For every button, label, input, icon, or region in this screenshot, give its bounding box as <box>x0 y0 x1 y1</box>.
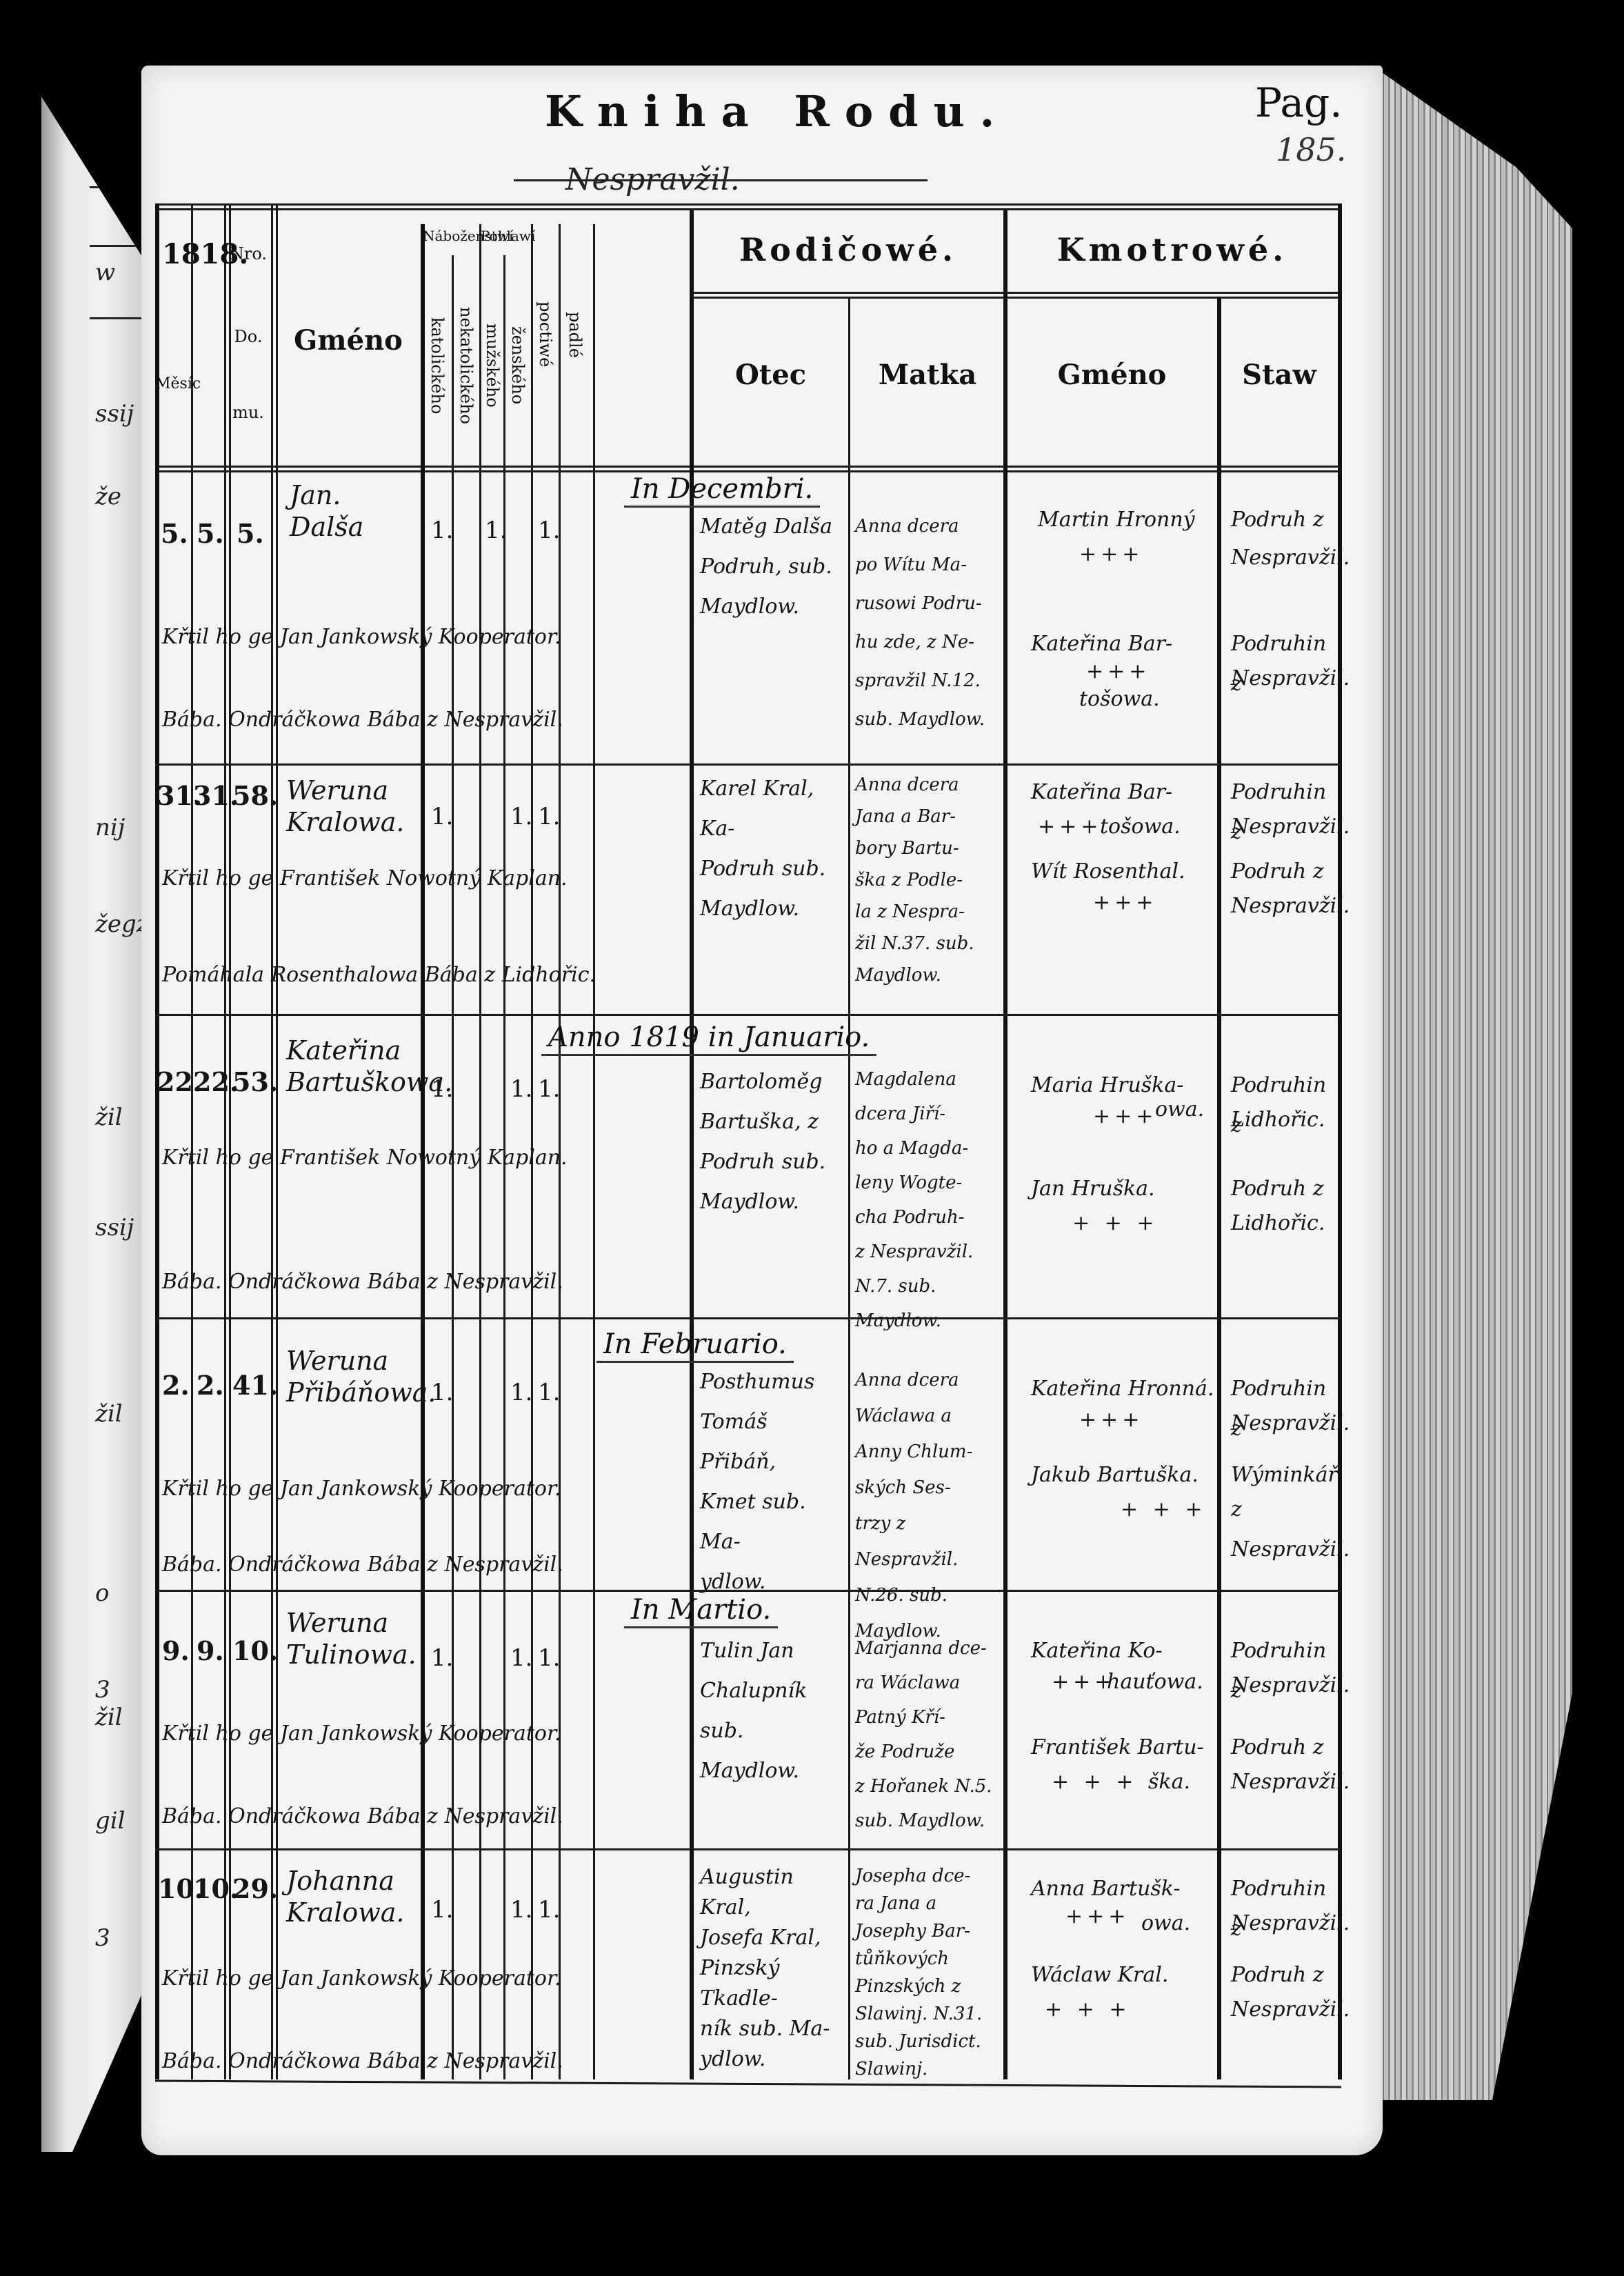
register-page: Kniha Rodu. Pag. 185. Nespravžil. 1818. … <box>141 66 1383 2155</box>
child-name: Kateřina <box>286 1035 401 1066</box>
ruled-line <box>90 186 145 188</box>
header-godparents: Kmotrowé. <box>1007 231 1338 268</box>
mother-line: Slawinj. N.31. <box>855 2000 1003 2028</box>
father-line: Augustin Kral, <box>700 1862 848 1923</box>
father-line: ník sub. Ma- <box>700 2014 848 2044</box>
book-title: Kniha Rodu. <box>545 86 1010 137</box>
godparent-1-status: Lidhořic. <box>1231 1100 1325 1140</box>
legitimate-mark: 1. <box>538 1372 560 1412</box>
house-number: 53. <box>232 1062 278 1102</box>
house-number: 41. <box>232 1366 278 1406</box>
male-mark: 1. <box>485 510 507 550</box>
header-godparent-status: Staw <box>1221 359 1338 391</box>
godparent-1-name-cont: owa. <box>1141 1904 1190 1944</box>
father-line: Tomáš Přibáň, <box>700 1402 848 1482</box>
godparent-2-marks: +++ <box>1093 883 1157 923</box>
father-line: Maydlow. <box>700 1182 848 1222</box>
month-heading: In Martio. <box>624 1593 778 1628</box>
margin-note: 3 <box>95 1924 110 1952</box>
mother-line: Magdalena <box>855 1062 1003 1097</box>
day-birth: 2. <box>162 1366 190 1406</box>
margin-note: žil <box>95 1400 123 1428</box>
mother-line: cha Podruh- <box>855 1200 1003 1235</box>
mother-line: z Nespravžil. <box>855 1235 1003 1269</box>
mother-cell: Anna dcera po Wítu Ma- rusowi Podru- hu … <box>855 507 1003 739</box>
father-cell: Tulin Jan Chalupník sub. Maydlow. <box>700 1631 848 1791</box>
female-mark: 1. <box>510 1638 532 1678</box>
godparent-2-name-cont: ška. <box>1148 1762 1190 1802</box>
father-line: Pinzský Tkadle- <box>700 1953 848 2014</box>
margin-note: ssij <box>95 400 134 428</box>
house-number: 10. <box>232 1631 278 1671</box>
father-cell: Matěg Dalša Podruh, sub. Maydlow. <box>700 507 848 627</box>
godparent-1-status: Nespravžil. <box>1231 1404 1350 1444</box>
header-parents: Rodičowé. <box>693 231 1003 268</box>
catholic-mark: 1. <box>431 1638 453 1678</box>
ruled-line <box>90 317 145 319</box>
child-surname: Přibáňowa. <box>286 1377 436 1408</box>
header-sex: Pohlawí <box>481 228 529 243</box>
mother-line: la z Nespra- <box>855 896 1003 928</box>
mother-line: po Wítu Ma- <box>855 546 1003 584</box>
catholic-mark: 1. <box>431 1069 453 1109</box>
father-line: Bartuška, z <box>700 1102 848 1142</box>
godparent-2-name-cont: tošowa. <box>1079 679 1160 719</box>
mother-line: Pinzských z <box>855 1973 1003 2000</box>
header-legitimate: poctiwé <box>536 266 555 403</box>
godparent-2-status: Nespravžil. <box>1231 886 1350 926</box>
entry-divider <box>155 1014 1341 1016</box>
mother-line: ra Jana a <box>855 1890 1003 1917</box>
header-house-do: Do. <box>228 328 269 346</box>
father-line: Tulin Jan <box>700 1631 848 1671</box>
father-line: Posthumus <box>700 1362 848 1402</box>
father-line: Bartoloměg <box>700 1062 848 1102</box>
margin-note: ssij <box>95 1214 134 1241</box>
mother-line: bory Bartu- <box>855 832 1003 864</box>
mother-line: ských Ses- <box>855 1470 1003 1506</box>
mother-line: Anna dcera <box>855 1362 1003 1398</box>
header-religion: Náboženstwí <box>423 228 478 243</box>
mother-line: Anna dcera <box>855 507 1003 546</box>
mother-line: že Podruže <box>855 1735 1003 1769</box>
register-entry: Anno 1819 in Januario. 22. 22. 53. Kateř… <box>155 1021 1341 1310</box>
register-table: 1818. Měsíc Nro. Do. mu. Gméno Náboženst… <box>155 203 1341 2079</box>
catholic-mark: 1. <box>431 1372 453 1412</box>
catholic-mark: 1. <box>431 1890 453 1930</box>
mother-cell: Marjanna dce- ra Wáclawa Patný Kří- že P… <box>855 1631 1003 1838</box>
godparent-1-status: Nespravžil. <box>1231 1666 1350 1706</box>
margin-note: žil <box>95 1104 123 1131</box>
mother-line: ra Wáclawa <box>855 1666 1003 1700</box>
page-number: 185. <box>1276 131 1346 168</box>
godparent-2-marks: + + + <box>1045 1990 1130 2030</box>
female-mark: 1. <box>510 1890 532 1930</box>
ruled-line <box>90 245 145 247</box>
header-mother: Matka <box>852 359 1003 391</box>
father-line: Matěg Dalša <box>700 507 848 547</box>
month-heading: In Decembri. <box>624 472 820 508</box>
father-line: Podruh sub. <box>700 1142 848 1182</box>
day-birth: 5. <box>161 514 188 554</box>
header-name: Gméno <box>276 324 421 357</box>
mother-line: leny Wogte- <box>855 1166 1003 1200</box>
mother-line: spravžil N.12. <box>855 661 1003 700</box>
godparent-1-name-cont: owa. <box>1155 1090 1204 1130</box>
left-page-strip: w ssij že nij žegz žil ssij žil o 3 žil … <box>41 97 145 2152</box>
month-heading: Anno 1819 in Januario. <box>541 1021 876 1056</box>
child-name: Johanna <box>286 1865 394 1897</box>
mother-line: Wáclawa a <box>855 1398 1003 1434</box>
parish-name: Nespravžil. <box>565 162 740 197</box>
header-house-mu: mu. <box>228 403 269 421</box>
catholic-mark: 1. <box>431 797 453 837</box>
father-cell: Karel Kral, Ka- Podruh sub. Maydlow. <box>700 769 848 929</box>
margin-note: že <box>95 483 121 510</box>
child-surname: Kralowa. <box>286 1897 405 1928</box>
day-baptism: 9. <box>197 1631 224 1671</box>
child-name: Weruna <box>286 1345 388 1377</box>
child-surname: Bartuškowa. <box>286 1066 452 1098</box>
father-line: Kmet sub. Ma- <box>700 1482 848 1562</box>
margin-note: nij <box>95 814 125 841</box>
mother-line: Josephy Bar- <box>855 1917 1003 1945</box>
father-line: Maydlow. <box>700 889 848 929</box>
register-entry: In Decembri. 5. 5. 5. Jan. Dalša 1. 1. 1… <box>155 472 1341 748</box>
godparent-2-status: Nespravžil. <box>1231 1990 1350 2030</box>
header-month: Měsíc <box>155 376 193 392</box>
godparent-1-status: Podruh z <box>1231 500 1324 540</box>
header-illegitimate: padlé <box>565 266 585 403</box>
father-line: ydlow. <box>700 2044 848 2075</box>
mother-line: sub. Maydlow. <box>855 700 1003 739</box>
female-mark: 1. <box>510 1069 532 1109</box>
mother-line: ška z Podle- <box>855 864 1003 896</box>
mother-cell: Magdalena dcera Jiří- ho a Magda- leny W… <box>855 1062 1003 1338</box>
godparent-1-name-cont: hauťowa. <box>1107 1662 1203 1702</box>
header-non-catholic: nekatolického <box>457 279 476 452</box>
mother-line: Marjanna dce- <box>855 1631 1003 1666</box>
child-name: Weruna <box>286 775 388 806</box>
mother-line: Josepha dce- <box>855 1862 1003 1890</box>
child-name: Weruna <box>286 1607 388 1639</box>
female-mark: 1. <box>510 797 532 837</box>
godparent-1-marks: +++ <box>1079 535 1143 575</box>
godparent-2-status: Nespravžil. <box>1231 659 1350 699</box>
mother-line: sub. Jurisdict. <box>855 2028 1003 2055</box>
godparent-2-status: z Nespravžil. <box>1231 1490 1350 1570</box>
header-female: ženského <box>508 279 528 452</box>
mother-line: trzy z Nespravžil. <box>855 1506 1003 1577</box>
mother-line: dcera Jiří- <box>855 1097 1003 1131</box>
house-number: 29. <box>232 1869 278 1909</box>
father-line: Karel Kral, Ka- <box>700 769 848 849</box>
mother-line: Slawinj. <box>855 2055 1003 2083</box>
child-surname: Kralowa. <box>286 806 405 838</box>
midwife: Pomáhala Rosenthalowa Bába z Lidhořic. <box>162 955 852 995</box>
godparent-1-status: Nespravžil. <box>1231 1904 1350 1944</box>
child-name: Jan. <box>290 479 341 511</box>
godparent-2-status: Nespravžil. <box>1231 1762 1350 1802</box>
father-line: Josefa Kral, <box>700 1923 848 1953</box>
godparent-1-marks: +++ <box>1038 807 1102 847</box>
house-number: 5. <box>237 514 264 554</box>
father-line: sub. Maydlow. <box>700 1711 848 1791</box>
table-top-border <box>155 203 1341 210</box>
day-baptism: 5. <box>197 514 224 554</box>
month-heading: In Februario. <box>597 1328 794 1363</box>
mother-line: Patný Kří- <box>855 1700 1003 1735</box>
godparent-1-status: Nespravžil. <box>1231 807 1350 847</box>
legitimate-mark: 1. <box>538 510 560 550</box>
female-mark: 1. <box>510 1372 532 1412</box>
mother-line: ho a Magda- <box>855 1131 1003 1166</box>
godparent-1-marks: +++ <box>1093 1097 1157 1137</box>
mother-line: Anny Chlum- <box>855 1434 1003 1470</box>
entry-divider <box>155 763 1341 766</box>
godparent-1-marks: +++ <box>1079 1400 1143 1440</box>
header-mid-border <box>690 292 1341 299</box>
godparent-1-status: Nespravžil. <box>1231 538 1350 578</box>
page-stack-edge <box>1372 66 1572 2100</box>
register-entry: 31. 31. 58. Weruna Kralowa. 1. 1. 1. Křt… <box>155 769 1341 1004</box>
day-baptism: 2. <box>197 1366 224 1406</box>
mother-line: Anna dcera <box>855 769 1003 801</box>
mother-line: Jana a Bar- <box>855 801 1003 832</box>
legitimate-mark: 1. <box>538 1069 560 1109</box>
header-bottom-border <box>155 466 1341 472</box>
midwife: Bába. Ondráčkowa Bába z Nespravžil. <box>162 700 852 740</box>
margin-note: w <box>95 259 115 286</box>
father-line: Podruh, sub. <box>700 547 848 587</box>
register-entry: In Februario. 2. 2. 41. Weruna Přibáňowa… <box>155 1324 1341 1586</box>
margin-note: o <box>95 1579 109 1607</box>
child-surname: Tulinowa. <box>286 1639 417 1670</box>
mother-cell: Josepha dce- ra Jana a Josephy Bar- tůňk… <box>855 1862 1003 2083</box>
day-birth: 9. <box>162 1631 190 1671</box>
mother-line: sub. Maydlow. <box>855 1804 1003 1838</box>
legitimate-mark: 1. <box>538 1638 560 1678</box>
margin-note: gil <box>95 1807 126 1835</box>
father-cell: Augustin Kral, Josefa Kral, Pinzský Tkad… <box>700 1862 848 2075</box>
entry-divider <box>155 1848 1341 1850</box>
catholic-mark: 1. <box>431 510 453 550</box>
godparent-2-marks: + + + <box>1121 1490 1206 1530</box>
father-line: Chalupník <box>700 1671 848 1711</box>
father-cell: Posthumus Tomáš Přibáň, Kmet sub. Ma- yd… <box>700 1362 848 1602</box>
legitimate-mark: 1. <box>538 1890 560 1930</box>
house-number: 58. <box>232 776 278 816</box>
header-father: Otec <box>693 359 848 391</box>
father-cell: Bartoloměg Bartuška, z Podruh sub. Maydl… <box>700 1062 848 1222</box>
header-catholic: katolického <box>428 279 447 452</box>
header-year: 1818. <box>162 238 224 270</box>
header-male: mužského <box>483 279 502 452</box>
godparent-2-marks: + + + <box>1052 1762 1137 1802</box>
header-godparent-name: Gméno <box>1007 359 1217 391</box>
godparent-1-name-cont: tošowa. <box>1100 807 1181 847</box>
godparent-2-marks: + + + <box>1072 1204 1158 1244</box>
header-house-nro: Nro. <box>228 245 269 263</box>
register-entry: 10. 10. 29. Johanna Kralowa. 1. 1. 1. Kř… <box>155 1855 1341 2076</box>
margin-note: 3 žil <box>95 1676 145 1731</box>
entry-divider <box>155 1317 1341 1319</box>
mother-cell: Anna dcera Jana a Bar- bory Bartu- ška z… <box>855 769 1003 991</box>
mother-line: rusowi Podru- <box>855 584 1003 623</box>
register-entry: In Martio. 9. 9. 10. Weruna Tulinowa. 1.… <box>155 1593 1341 1841</box>
midwife: Bába. Ondráčkowa Bába z Nespravžil. <box>162 1797 852 1837</box>
legitimate-mark: 1. <box>538 797 560 837</box>
midwife: Bába. Ondráčkowa Bába z Nespravžil. <box>162 1262 852 1302</box>
father-line: Maydlow. <box>700 587 848 627</box>
mother-line: hu zde, z Ne- <box>855 623 1003 661</box>
mother-line: Maydlow. <box>855 959 1003 991</box>
mother-line: z Hořanek N.5. <box>855 1769 1003 1804</box>
godparent-1-marks: +++ <box>1065 1897 1130 1937</box>
entry-divider <box>155 1590 1341 1592</box>
godparent-2-status: Lidhořic. <box>1231 1204 1325 1244</box>
page-label: Pag. <box>1255 79 1343 126</box>
mother-line: tůňkových <box>855 1945 1003 1973</box>
father-line: Podruh sub. <box>700 849 848 889</box>
mother-line: žil N.37. sub. <box>855 928 1003 959</box>
child-surname: Dalša <box>290 511 363 543</box>
